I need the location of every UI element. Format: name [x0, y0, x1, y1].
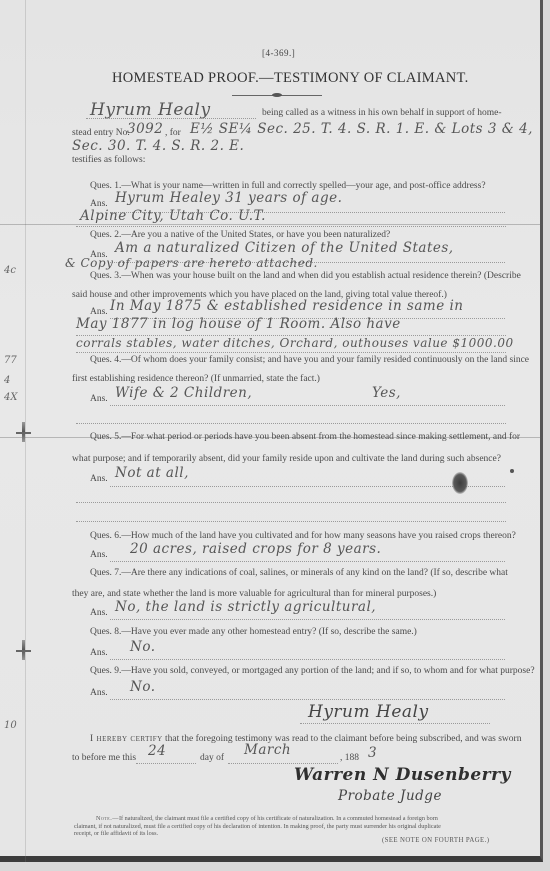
question-7-line-1: Ques. 7.—Are there any indications of co… — [90, 568, 508, 578]
answer-5: Not at all, — [115, 465, 189, 481]
answer-9: No. — [130, 679, 156, 695]
claimant-name: Hyrum Healy — [90, 100, 211, 120]
ink-blot — [452, 472, 468, 494]
question-7-line-2: they are, and state whether the land is … — [72, 589, 436, 599]
answer-line — [110, 699, 505, 700]
officer-title: Probate Judge — [338, 788, 442, 804]
answer-1-line-2: Alpine City, Utah Co. U.T. — [80, 208, 266, 224]
question-3-line-1: Ques. 3.—When was your house built on th… — [90, 271, 521, 281]
entry-label: stead entry No. — [72, 128, 130, 138]
margin-note: 4X — [4, 392, 17, 403]
day-line — [136, 763, 196, 764]
intro-text: being called as a witness in his own beh… — [262, 108, 502, 118]
answer-line — [76, 502, 506, 503]
answer-line — [110, 486, 505, 487]
for-label: , for — [165, 128, 181, 138]
margin-note: 10 — [4, 720, 17, 731]
answer-1-line-1: Hyrum Healey 31 years of age. — [115, 190, 342, 206]
title-rule-ornament — [272, 93, 282, 97]
pinhole-mark — [16, 650, 31, 652]
footer-note-line-1: Note.—If naturalized, the claimant must … — [74, 815, 514, 823]
answer-line — [76, 352, 506, 353]
note-text-1: If naturalized, the claimant must file a… — [119, 815, 438, 822]
answer-line — [110, 561, 505, 562]
question-2: Ques. 2.—Are you a native of the United … — [90, 230, 390, 240]
officer-signature: Warren N Dusenberry — [294, 765, 511, 785]
entry-number: 3092 — [127, 121, 163, 137]
year-suffix: 3 — [368, 745, 377, 761]
sworn-month: March — [244, 742, 291, 758]
fold-line — [25, 0, 26, 862]
signature-line — [300, 723, 490, 724]
answer-label: Ans. — [90, 474, 108, 484]
note-lead: Note.— — [96, 815, 119, 822]
see-note: (SEE NOTE ON FOURTH PAGE.) — [382, 837, 489, 845]
answer-line — [110, 619, 505, 620]
question-9: Ques. 9.—Have you sold, conveyed, or mor… — [90, 666, 535, 676]
answer-4-line-1: Wife & 2 Children, — [115, 385, 252, 401]
answer-8: No. — [130, 639, 156, 655]
question-5-line-2: what purpose; and if temporarily absent,… — [72, 454, 501, 464]
year-prefix: , 188 — [340, 753, 359, 763]
sworn-day: 24 — [148, 743, 166, 759]
answer-7: No, the land is strictly agricultural, — [115, 599, 376, 615]
certify-text: that the foregoing testimony was read to… — [165, 734, 521, 744]
document-page: 4c 77 4 4X 10 [4-369.] HOMESTEAD PROOF.—… — [0, 0, 543, 862]
margin-note: 4c — [4, 265, 16, 276]
footer-note: Note.—If naturalized, the claimant must … — [74, 815, 514, 838]
land-description-1: E½ SE¼ Sec. 25. T. 4. S. R. 1. E. & Lots… — [190, 121, 533, 137]
pinhole-mark — [16, 432, 31, 434]
document-title: HOMESTEAD PROOF.—TESTIMONY OF CLAIMANT. — [112, 70, 469, 87]
ink-dot — [510, 469, 514, 473]
answer-2-line-2: & Copy of papers are hereto attached. — [65, 256, 318, 270]
answer-label: Ans. — [90, 394, 108, 404]
answer-3-line-2: May 1877 in log house of 1 Room. Also ha… — [76, 316, 401, 332]
claimant-name-line — [86, 118, 256, 119]
land-description-2: Sec. 30. T. 4. S. R. 2. E. — [72, 138, 244, 154]
answer-line — [76, 521, 506, 522]
sworn-prefix: to before me this — [72, 753, 136, 763]
footer-note-line-2: claimant, if not naturalized, must file … — [74, 823, 514, 831]
answer-label: Ans. — [90, 688, 108, 698]
answer-label: Ans. — [90, 608, 108, 618]
question-8: Ques. 8.—Have you ever made any other ho… — [90, 627, 417, 637]
answer-2-line-1: Am a naturalized Citizen of the United S… — [115, 240, 454, 256]
answer-line — [110, 659, 505, 660]
answer-line — [76, 423, 506, 424]
answer-line — [76, 226, 506, 227]
form-number: [4-369.] — [262, 48, 295, 58]
claimant-signature: Hyrum Healy — [308, 702, 429, 722]
answer-3-line-1: In May 1875 & established residence in s… — [110, 298, 464, 314]
question-6: Ques. 6.—How much of the land have you c… — [90, 531, 516, 541]
question-5-line-1: Ques. 5.—For what period or periods have… — [90, 432, 520, 442]
answer-4-yes: Yes, — [372, 385, 401, 401]
margin-note: 4 — [4, 375, 10, 386]
margin-note: 77 — [4, 355, 17, 366]
testifies-text: testifies as follows: — [72, 155, 145, 165]
answer-3-line-3: corrals stables, water ditches, Orchard,… — [76, 336, 514, 350]
answer-line — [110, 405, 505, 406]
question-4-line-1: Ques. 4.—Of whom does your family consis… — [90, 355, 529, 365]
month-line — [228, 763, 338, 764]
question-4-line-2: first establishing residence thereon? (I… — [72, 374, 320, 384]
day-of-label: day of — [200, 753, 224, 763]
paper-crease — [0, 224, 543, 225]
answer-label: Ans. — [90, 550, 108, 560]
answer-label: Ans. — [90, 648, 108, 658]
answer-6: 20 acres, raised crops for 8 years. — [130, 541, 381, 557]
